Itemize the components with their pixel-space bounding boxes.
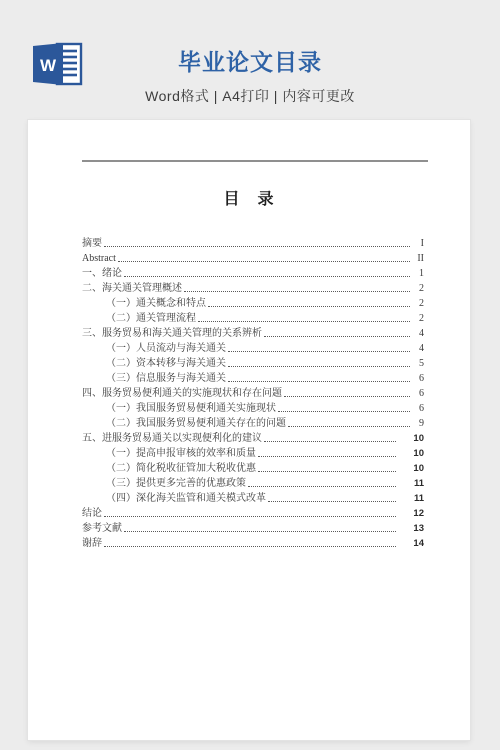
toc-entry-label: 结论 — [82, 504, 102, 519]
toc-entry-label: （二）资本转移与海关通关 — [106, 354, 226, 369]
toc-entry-label: （一）人员流动与海关通关 — [106, 339, 226, 354]
toc-page-number: 1 — [412, 268, 424, 279]
toc-page-number: 4 — [412, 343, 424, 354]
toc-leader-dots — [208, 306, 410, 307]
toc-entry: （二）资本转移与海关通关 5 — [82, 354, 424, 369]
toc-leader-dots — [288, 426, 410, 427]
toc-page-number: 6 — [412, 373, 424, 384]
toc-page-number: 10 — [412, 463, 424, 474]
toc-page-number: 4 — [412, 328, 424, 339]
toc-entry-label: 四、服务贸易便利通关的实施现状和存在问题 — [82, 384, 282, 399]
toc-entry-label: 摘要 — [82, 234, 102, 249]
toc-leader-dots — [124, 531, 396, 532]
toc-entry: 四、服务贸易便利通关的实施现状和存在问题 6 — [82, 384, 424, 399]
toc-page-number: 5 — [412, 358, 424, 369]
toc-entry-label: （二）通关管理流程 — [106, 309, 196, 324]
toc-entry: （三）提供更多完善的优惠政策 11 — [82, 474, 424, 489]
toc-leader-dots — [228, 366, 410, 367]
toc-entry: （二）我国服务贸易便利通关存在的问题 9 — [82, 414, 424, 429]
toc-entry-label: （四）深化海关监管和通关模式改革 — [106, 489, 266, 504]
toc-entry: 二、海关通关管理概述 2 — [82, 279, 424, 294]
toc-entry-label: 一、绪论 — [82, 264, 122, 279]
toc-entry: 一、绪论 1 — [82, 264, 424, 279]
toc-page-number: I — [412, 238, 424, 249]
toc-page-number: 6 — [412, 388, 424, 399]
toc-entry-label: 二、海关通关管理概述 — [82, 279, 182, 294]
toc-leader-dots — [228, 381, 410, 382]
toc-leader-dots — [284, 396, 410, 397]
toc-page-number: II — [412, 253, 424, 264]
template-header: W 毕业论文目录 Word格式 | A4打印 | 内容可更改 — [0, 0, 500, 120]
toc-page-number: 12 — [412, 508, 424, 519]
toc-page-number: 13 — [412, 523, 424, 534]
toc-page-number: 6 — [412, 403, 424, 414]
toc-page-number: 2 — [412, 283, 424, 294]
toc-entry: （一）人员流动与海关通关 4 — [82, 339, 424, 354]
toc-leader-dots — [264, 336, 410, 337]
toc-entry: 谢辞 14 — [82, 534, 424, 549]
toc-entry: 摘要 I — [82, 234, 424, 249]
toc-entry: （三）信息服务与海关通关 6 — [82, 369, 424, 384]
toc-leader-dots — [268, 501, 396, 502]
toc-leader-dots — [228, 351, 410, 352]
toc-leader-dots — [118, 261, 410, 262]
toc-page-number: 9 — [412, 418, 424, 429]
toc-entry-label: （二）简化税收征管加大税收优惠 — [106, 459, 256, 474]
toc-entry-label: （二）我国服务贸易便利通关存在的问题 — [106, 414, 286, 429]
toc-entry-label: （三）提供更多完善的优惠政策 — [106, 474, 246, 489]
toc-entry-label: （三）信息服务与海关通关 — [106, 369, 226, 384]
word-icon-letter: W — [40, 56, 57, 75]
toc-entry: （四）深化海关监管和通关模式改革 11 — [82, 489, 424, 504]
toc-page-number: 14 — [412, 538, 424, 549]
toc-leader-dots — [248, 486, 396, 487]
toc-entry: 三、服务贸易和海关通关管理的关系辨析 4 — [82, 324, 424, 339]
document-page: 目 录 摘要 I Abstract II 一、绪论 1 二、海关通关管理概述 2… — [28, 120, 470, 740]
toc-leader-dots — [184, 291, 410, 292]
toc-entry-label: 三、服务贸易和海关通关管理的关系辨析 — [82, 324, 262, 339]
page-subtitle: Word格式 | A4打印 | 内容可更改 — [0, 86, 500, 106]
toc-entry-label: 参考文献 — [82, 519, 122, 534]
toc-entry: （一）通关概念和特点 2 — [82, 294, 424, 309]
toc-entry-label: （一）通关概念和特点 — [106, 294, 206, 309]
toc-entry-label: Abstract — [82, 253, 116, 264]
toc-entry: （一）提高申报审核的效率和质量 10 — [82, 444, 424, 459]
word-icon: W — [31, 42, 83, 86]
toc-entry: （一）我国服务贸易便利通关实施现状 6 — [82, 399, 424, 414]
header-rule — [82, 160, 428, 162]
toc-page-number: 2 — [412, 313, 424, 324]
toc-page-number: 10 — [412, 433, 424, 444]
toc-page-number: 2 — [412, 298, 424, 309]
toc-list: 摘要 I Abstract II 一、绪论 1 二、海关通关管理概述 2 （一）… — [82, 234, 424, 549]
toc-leader-dots — [264, 441, 396, 442]
toc-leader-dots — [278, 411, 410, 412]
toc-entry: 结论 12 — [82, 504, 424, 519]
toc-entry: 五、进服务贸易通关以实现便利化的建议 10 — [82, 429, 424, 444]
toc-entry: 参考文献 13 — [82, 519, 424, 534]
toc-leader-dots — [104, 546, 396, 547]
toc-leader-dots — [104, 516, 396, 517]
toc-entry: Abstract II — [82, 249, 424, 264]
toc-entry: （二）简化税收征管加大税收优惠 10 — [82, 459, 424, 474]
toc-leader-dots — [258, 456, 396, 457]
toc-leader-dots — [104, 246, 410, 247]
toc-entry-label: 五、进服务贸易通关以实现便利化的建议 — [82, 429, 262, 444]
toc-page-number: 11 — [412, 493, 424, 504]
toc-leader-dots — [198, 321, 410, 322]
toc-leader-dots — [258, 471, 396, 472]
toc-entry-label: 谢辞 — [82, 534, 102, 549]
toc-leader-dots — [124, 276, 410, 277]
toc-entry-label: （一）我国服务贸易便利通关实施现状 — [106, 399, 276, 414]
toc-page-number: 10 — [412, 448, 424, 459]
toc-page-number: 11 — [412, 478, 424, 489]
toc-heading: 目 录 — [28, 186, 470, 209]
toc-entry-label: （一）提高申报审核的效率和质量 — [106, 444, 256, 459]
toc-entry: （二）通关管理流程 2 — [82, 309, 424, 324]
